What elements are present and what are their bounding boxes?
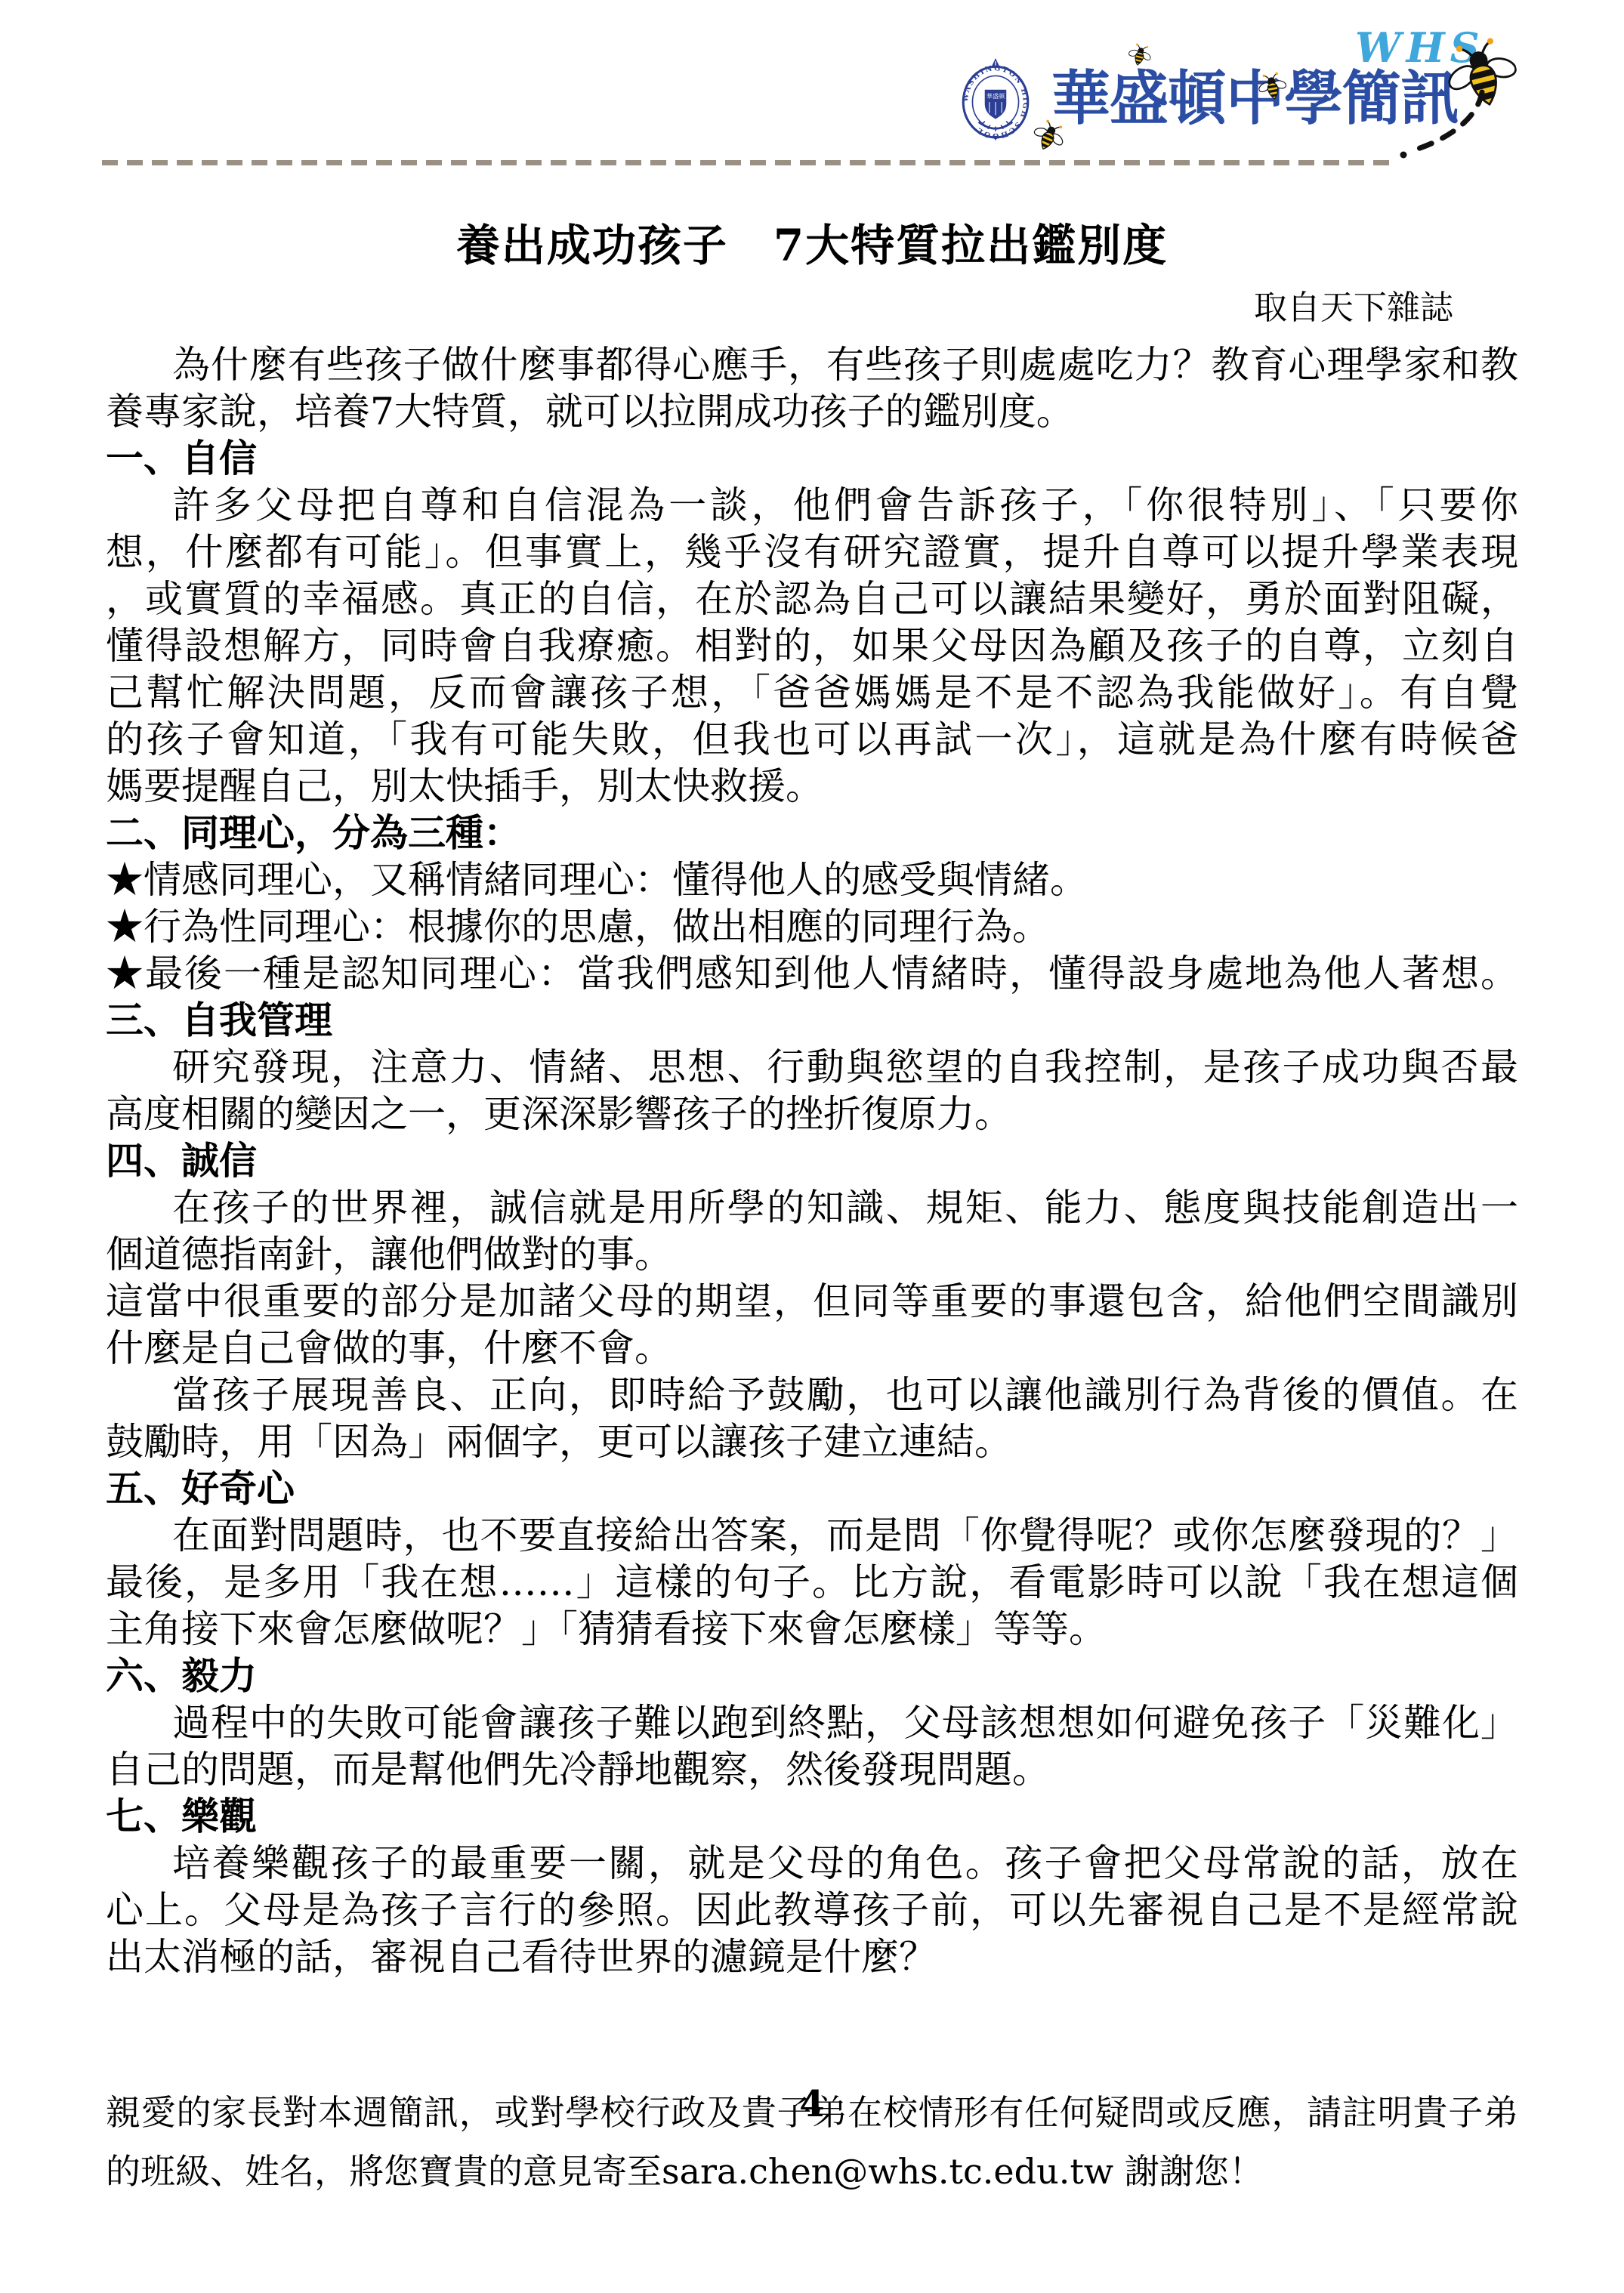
body-line: 在面對問題時，也不要直接給出答案，而是問「你覺得呢？或你怎麼發現的？」 [106,1512,1518,1559]
body-line: 當孩子展現善良、正向，即時給予鼓勵，也可以讓他識別行為背後的價值。在 [106,1372,1518,1418]
section-heading: 六、毅力 [106,1653,1518,1699]
body-line: 媽要提醒自己，別太快插手，別太快救援。 [106,763,1518,810]
bee-icon [1256,70,1289,103]
body-line: 鼓勵時，用「因為」兩個字，更可以讓孩子建立連結。 [106,1418,1518,1465]
body-line: 研究發現，注意力、情緒、思想、行動與慾望的自我控制，是孩子成功與否最 [106,1044,1518,1091]
section-heading: 四、誠信 [106,1137,1518,1184]
body-line: 最後，是多用「我在想……」這樣的句子。比方說，看電影時可以說「我在想這個 [106,1559,1518,1606]
body-line: 在孩子的世界裡，誠信就是用所學的知識、規矩、能力、態度與技能創造出一 [106,1184,1518,1231]
body-line: 培養樂觀孩子的最重要一關，就是父母的角色。孩子會把父母常說的話，放在 [106,1840,1518,1887]
article-body: 為什麼有些孩子做什麼事都得心應手，有些孩子則處處吃力？教育心理學家和教養專家說，… [0,341,1624,1980]
body-line: ★情感同理心，又稱情緒同理心：懂得他人的感受與情緒。 [106,856,1518,903]
body-line: 主角接下來會怎麼做呢？」「猜猜看接下來會怎麼樣」等等。 [106,1606,1518,1653]
section-heading: 一、自信 [106,435,1518,482]
article-source: 取自天下雜誌 [0,292,1624,325]
body-line: 什麼是自己會做的事，什麼不會。 [106,1325,1518,1372]
body-line: 這當中很重要的部分是加諸父母的期望，但同等重要的事還包含，給他們空間識別 [106,1278,1518,1325]
dashed-separator [102,160,1394,165]
body-line: ★最後一種是認知同理心：當我們感知到他人情緒時，懂得設身處地為他人著想。 [106,950,1518,997]
body-line: 想，什麼都有可能」。但事實上，幾乎沒有研究證實，提升自尊可以提升學業表現 [106,529,1518,576]
body-line: 許多父母把自尊和自信混為一談，他們會告訴孩子，「你很特別」、「只要你 [106,482,1518,529]
body-line: 個道德指南針，讓他們做對的事。 [106,1231,1518,1278]
section-heading: 七、樂觀 [106,1793,1518,1840]
section-heading: 三、自我管理 [106,997,1518,1044]
body-line: 出太消極的話，審視自己看待世界的濾鏡是什麼？ [106,1933,1518,1980]
body-line: ，或實質的幸福感。真正的自信，在於認為自己可以讓結果變好，勇於面對阻礙， [106,576,1518,622]
body-line: 自己的問題，而是幫他們先冷靜地觀察，然後發現問題。 [106,1746,1518,1793]
school-seal: WASHINGTON HIGH SCHOOL 華盛頓 [961,57,1030,140]
article-title: 養出成功孩子 7大特質拉出鑑別度 [0,224,1624,267]
body-line: 己幫忙解決問題，反而會讓孩子想，「爸爸媽媽是不是不認為我能做好」。有自覺 [106,669,1518,716]
seal-shield-text: 華盛頓 [986,92,1005,100]
body-line: 養專家說，培養7大特質，就可以拉開成功孩子的鑑別度。 [106,388,1518,435]
body-line: 為什麼有些孩子做什麼事都得心應手，有些孩子則處處吃力？教育心理學家和教 [106,341,1518,388]
body-line: 懂得設想解方，同時會自我療癒。相對的，如果父母因為顧及孩子的自尊，立刻自 [106,622,1518,669]
footer-line: 的班級、姓名，將您寶貴的意見寄至sara.chen@whs.tc.edu.tw … [106,2142,1518,2201]
body-line: ★行為性同理心：根據你的思慮，做出相應的同理行為。 [106,903,1518,950]
newsletter-header: WASHINGTON HIGH SCHOOL 華盛頓 華盛頓中學簡訊 WHS [0,0,1624,174]
newsletter-page: WASHINGTON HIGH SCHOOL 華盛頓 華盛頓中學簡訊 WHS 養… [0,0,1624,2293]
body-line: 高度相關的變因之一，更深深影響孩子的挫折復原力。 [106,1091,1518,1137]
section-heading: 二、同理心，分為三種： [106,810,1518,856]
page-number: 4 [799,2086,824,2122]
body-line: 過程中的失敗可能會讓孩子難以跑到終點，父母該想想如何避免孩子「災難化」 [106,1699,1518,1746]
bee-flight-trail [1397,88,1496,165]
section-heading: 五、好奇心 [106,1465,1518,1512]
body-line: 的孩子會知道，「我有可能失敗，但我也可以再試一次」，這就是為什麼有時候爸 [106,716,1518,763]
body-line: 心上。父母是為孩子言行的參照。因此教導孩子前，可以先審視自己是不是經常說 [106,1887,1518,1933]
